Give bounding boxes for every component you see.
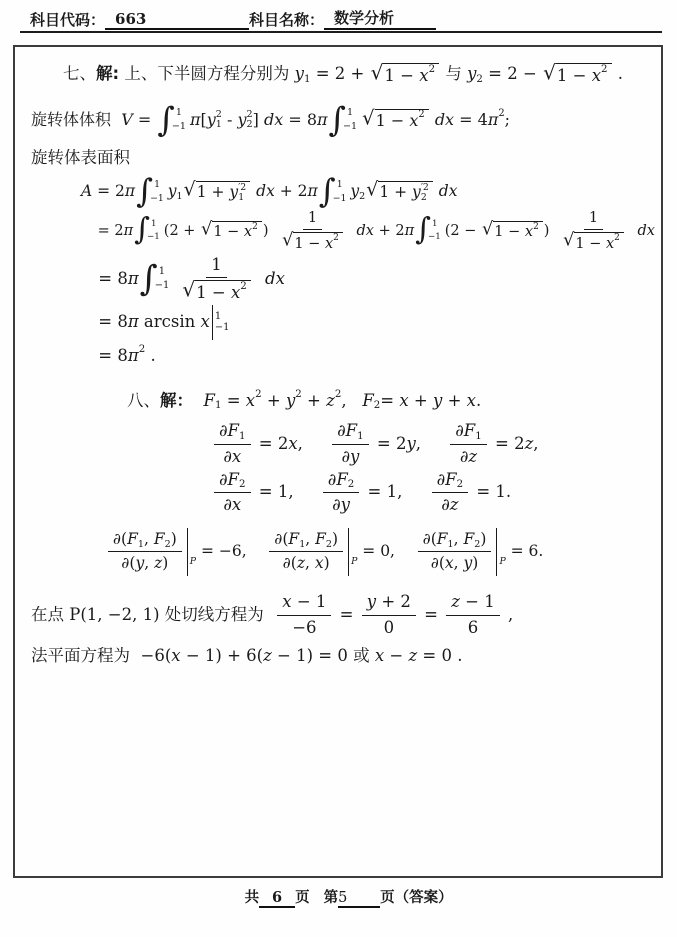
math-numerator: ∂(F1, F2) <box>108 530 182 552</box>
math-sqrt: √1 + y′22 <box>366 181 433 203</box>
header-rule <box>20 31 662 33</box>
math-text: − 1 <box>460 592 495 613</box>
math-superscript: 2 <box>252 222 258 233</box>
math-text: + <box>442 391 466 412</box>
math-text: 2 <box>533 222 539 232</box>
math-radicand: 1 − x2 <box>574 232 624 253</box>
math-text: ; <box>505 110 510 130</box>
math-numerator: ∂F2 <box>432 470 469 494</box>
math-text: , <box>503 605 514 626</box>
math-text: = 2 − <box>483 64 542 85</box>
math-var: z <box>525 434 534 455</box>
math-text: = 4 <box>454 110 488 130</box>
math-text: , <box>454 530 464 549</box>
math-text: 2 <box>295 389 302 400</box>
math-text: 0 <box>384 618 395 639</box>
math-text: = 0, <box>357 542 414 561</box>
math-var: ∂z <box>460 447 477 468</box>
math-denominator: 0 <box>379 616 400 639</box>
math-integral-limits: 1−1 <box>156 267 171 291</box>
math-text: = 8 <box>283 110 317 130</box>
math-numerator: y + 2 <box>362 592 416 616</box>
math-text: 1 + <box>197 183 230 202</box>
math-denominator: ∂z <box>455 445 482 468</box>
math-denominator: ∂x <box>218 493 246 516</box>
math-var: F <box>464 530 475 549</box>
math-superscript: 2 <box>498 108 504 120</box>
formula-line-9: 八、解： F1 = x2 + y2 + z2, F2= x + y + x. <box>29 391 651 412</box>
math-text: 2 <box>139 344 146 355</box>
math-text: 法平面方程为 <box>31 646 141 667</box>
answer-sheet-page: 科目代码：663科目名称：数学分析 七、解: 上、下半圆方程分别为 y1 = 2… <box>0 0 677 937</box>
math-text: = <box>221 391 245 412</box>
math-text: 1 <box>357 431 364 442</box>
math-text: = 2 <box>254 434 289 455</box>
math-subscript: 1 <box>239 431 246 444</box>
math-subsup: ′21 <box>238 183 246 203</box>
math-subsup: ′22 <box>421 183 429 203</box>
math-upper-limit: 1 <box>176 108 190 118</box>
math-var: x <box>171 646 180 667</box>
math-text: 在点 <box>31 605 69 626</box>
math-superscript: 2 <box>255 389 262 402</box>
math-var: dx <box>264 110 283 130</box>
math-var: ∂F <box>337 421 357 442</box>
math-fraction: ∂F1∂z <box>450 421 487 467</box>
math-var: y <box>406 434 415 455</box>
math-var: x <box>592 66 601 87</box>
math-fraction: ∂F1∂x <box>214 421 251 467</box>
math-text: + 2 <box>376 592 411 613</box>
formula-line-7: = 8π arcsin x1−1 <box>29 305 651 340</box>
math-fraction: ∂(F1, F2)∂(y, z) <box>108 530 182 574</box>
math-text: , <box>144 530 154 549</box>
math-text: − 1) = 0 <box>272 646 353 667</box>
math-text: 2 <box>421 192 427 203</box>
math-numerator: z − 1 <box>446 592 500 616</box>
math-var: ∂F <box>328 470 348 491</box>
math-subscript: 2 <box>474 539 480 551</box>
math-fraction: ∂F2∂z <box>432 470 469 516</box>
math-sqrt: √1 + y′21 <box>184 181 251 203</box>
math-text: − <box>384 646 408 667</box>
formula-line-8: = 8π2 . <box>29 346 651 367</box>
radical-icon: √ <box>282 233 293 250</box>
math-integral-limits: 1−1 <box>334 180 348 203</box>
math-fraction: 1√1 − x2 <box>276 209 349 253</box>
math-text: ] <box>253 110 264 130</box>
math-var: x <box>445 554 454 573</box>
math-var: x <box>467 391 476 412</box>
math-text: = 6. <box>506 542 544 561</box>
math-var: π <box>124 222 134 240</box>
formula-line-11: ∂F2∂x = 1, ∂F2∂y = 1, ∂F2∂z = 1. <box>29 470 651 516</box>
math-var: x <box>246 391 255 412</box>
math-upper-limit: 1 <box>347 108 361 118</box>
math-var: F <box>288 530 299 549</box>
math-text: , <box>305 554 315 573</box>
math-text: 1 − <box>213 223 244 241</box>
math-radicand: 1 − x2 <box>383 63 439 86</box>
math-subscript: 1 <box>177 191 183 203</box>
math-text: + <box>409 391 433 412</box>
math-numerator: ∂F2 <box>214 470 251 494</box>
subject-name-label: 科目名称： <box>249 9 324 30</box>
math-var: ∂ <box>423 530 431 549</box>
math-var: ∂x <box>223 447 241 468</box>
math-text: 2 <box>498 108 504 119</box>
math-denominator: √1 − x2 <box>276 230 349 253</box>
math-subscript: 1 <box>238 193 244 203</box>
math-eval-limits: 1−1 <box>213 312 230 333</box>
math-text: + <box>262 391 286 412</box>
math-subscript: 1 <box>357 431 364 444</box>
math-var: x <box>606 235 614 253</box>
math-var: z <box>154 554 162 573</box>
math-text: 1 − <box>376 111 410 131</box>
math-subscript: 2 <box>239 479 246 492</box>
math-subscript: 1 <box>475 431 482 444</box>
math-text: 1 <box>304 74 311 85</box>
math-text: ) <box>263 222 273 240</box>
math-text: − 1 <box>292 592 327 613</box>
math-fraction: x − 1−6 <box>277 592 331 638</box>
math-text: = 8 <box>93 346 128 367</box>
math-integral: ∫1−1 <box>157 106 187 134</box>
math-var: x <box>244 223 252 241</box>
math-superscript: 2 <box>429 64 436 77</box>
math-numerator: x − 1 <box>277 592 331 616</box>
math-text: ) <box>472 554 478 573</box>
math-var: x <box>325 235 333 253</box>
math-eval-bar: P <box>187 528 196 576</box>
math-var: ∂F <box>437 470 457 491</box>
math-var: y <box>229 183 238 202</box>
math-var: y <box>295 64 304 85</box>
math-lower-limit: −1 <box>428 233 441 242</box>
math-denominator: −6 <box>287 616 321 639</box>
math-text: + <box>302 391 326 412</box>
math-sqrt: √1 − x2 <box>282 232 343 253</box>
math-text: , <box>533 434 538 455</box>
math-subscript: 1 <box>299 539 305 551</box>
math-text: 2 <box>240 281 247 292</box>
math-denominator: √1 − x2 <box>557 230 630 253</box>
math-text: = <box>380 391 399 412</box>
math-text: 1 <box>211 255 222 276</box>
math-radicand: 1 − x2 <box>293 232 343 253</box>
formula-line-12: ∂(F1, F2)∂(y, z)P = −6, ∂(F1, F2)∂(z, x)… <box>29 528 651 576</box>
math-upper-limit: 1 <box>159 267 174 277</box>
math-fraction: z − 16 <box>446 592 500 638</box>
math-text: , <box>305 530 315 549</box>
math-text: 2 <box>165 539 171 550</box>
math-fraction: ∂(F1, F2)∂(x, y) <box>418 530 492 574</box>
math-var: z <box>326 391 335 412</box>
math-text: = 8 <box>93 312 128 333</box>
formula-line-6: = 8π∫1−11√1 − x2 dx <box>29 255 651 304</box>
math-eval-limits: P <box>497 537 505 567</box>
math-subscript: 2 <box>165 539 171 551</box>
math-var: y <box>412 183 421 202</box>
math-var: y <box>286 391 295 412</box>
math-text <box>193 391 204 412</box>
math-var: x <box>288 434 297 455</box>
math-var: z <box>451 592 460 613</box>
math-eval-bar: P <box>348 528 357 576</box>
math-subscript: 2 <box>476 74 483 87</box>
math-superscript: 2 <box>614 233 620 244</box>
math-radicand: 1 − x2 <box>212 221 262 242</box>
math-var: y <box>237 110 246 130</box>
math-radicand: 1 + y′22 <box>378 181 433 203</box>
math-text: 1 <box>475 431 482 442</box>
math-var: y <box>367 592 376 613</box>
math-text: = 2 <box>372 434 407 455</box>
math-text: = 8 <box>93 269 128 290</box>
total-pages-label: 共 <box>245 890 260 906</box>
math-radicand: 1 − x2 <box>195 280 251 303</box>
math-var: π <box>308 182 318 201</box>
math-text: −6( <box>141 646 172 667</box>
math-sqrt: √1 − x2 <box>371 63 439 86</box>
math-text: 1 <box>589 209 598 227</box>
math-text: , <box>416 434 447 455</box>
math-text: 2 <box>457 479 464 490</box>
math-text: 1 − <box>494 223 525 241</box>
math-superscript: 2 <box>139 344 146 357</box>
math-text: ) <box>480 530 486 549</box>
radical-icon: √ <box>366 181 378 199</box>
math-text: = 1. <box>471 482 511 503</box>
math-text: 2 <box>239 479 246 490</box>
current-page-label: 第 <box>324 890 339 906</box>
math-radicand: 1 + y′21 <box>196 181 251 203</box>
math-upper-limit: 1 <box>337 180 351 189</box>
math-superscript: 2 <box>333 233 339 244</box>
math-sqrt: √1 − x2 <box>482 221 543 242</box>
math-text: ) <box>544 222 554 240</box>
radical-icon: √ <box>362 109 374 128</box>
subject-code-value: 663 <box>105 10 249 30</box>
math-text: 1 <box>299 539 305 550</box>
math-text: 1 <box>308 209 317 227</box>
math-text: 2 <box>326 539 332 550</box>
math-denominator: 6 <box>463 616 484 639</box>
math-integral: ∫1−1 <box>136 178 165 205</box>
formula-line-3: 旋转体表面积 <box>29 148 651 169</box>
math-integral: ∫1−1 <box>134 218 161 243</box>
math-lower-limit: −1 <box>150 194 164 203</box>
math-var: z <box>408 646 417 667</box>
math-var: ∂F <box>219 470 239 491</box>
math-var: z <box>297 554 305 573</box>
math-text: . <box>145 346 156 367</box>
math-subscript: 2 <box>457 479 464 492</box>
math-integral: ∫1−1 <box>140 265 171 293</box>
answer-content-box: 七、解: 上、下半圆方程分别为 y1 = 2 + √1 − x2 与 y2 = … <box>13 45 663 878</box>
math-sqrt: √1 − x2 <box>201 221 262 242</box>
radical-icon: √ <box>563 233 574 250</box>
math-text: = 2 <box>490 434 525 455</box>
math-text: = 2 <box>93 222 124 240</box>
math-text: 与 <box>440 64 467 85</box>
math-integral-limits: 1−1 <box>148 220 161 241</box>
math-text: 上、下半圆方程分别为 <box>119 64 295 85</box>
math-integral-limits: 1−1 <box>151 180 165 203</box>
radical-icon: √ <box>184 181 196 199</box>
math-text: 2 <box>348 479 355 490</box>
math-text: 1 − <box>294 235 325 253</box>
current-page-value: 5 <box>338 890 380 908</box>
math-numerator: ∂F2 <box>323 470 360 494</box>
math-denominator: ∂y <box>327 493 355 516</box>
math-var: x <box>419 66 428 87</box>
math-fraction: 1√1 − x2 <box>176 255 256 304</box>
radical-icon: √ <box>543 64 556 83</box>
math-subscript: 1 <box>304 74 311 87</box>
math-var: A <box>81 182 92 201</box>
math-denominator: ∂(x, y) <box>426 552 484 573</box>
math-var: x <box>282 592 291 613</box>
math-integral-limits: 1−1 <box>429 220 442 241</box>
math-var: π <box>128 346 139 367</box>
math-text: = <box>419 605 443 626</box>
math-text: 1 − <box>575 235 606 253</box>
radical-icon: √ <box>201 221 212 238</box>
math-var: π <box>405 222 415 240</box>
math-radicand: 1 − x2 <box>556 63 612 86</box>
pages-unit-label: 页 <box>295 890 310 906</box>
math-var: ∂y <box>341 447 359 468</box>
math-integral: ∫1−1 <box>415 218 442 243</box>
math-subscript: 2 <box>359 191 365 203</box>
math-lower-limit: −1 <box>147 233 160 242</box>
math-text: 1 − <box>384 66 419 87</box>
math-var: y <box>433 391 442 412</box>
math-superscript: 2 <box>533 222 539 233</box>
page-header: 科目代码：663科目名称：数学分析 <box>30 7 667 30</box>
math-text: 旋转体表面积 <box>31 148 130 169</box>
math-text: 2 <box>476 74 483 85</box>
math-text: = <box>133 110 157 130</box>
math-var: dx <box>256 182 275 201</box>
math-var: dx <box>265 269 285 290</box>
formula-line-13: 在点 P(1, −2, 1) 处切线方程为 x − 1−6 = y + 20 =… <box>29 592 651 638</box>
math-text: 1 − <box>196 283 231 304</box>
math-superscript: 2 <box>335 389 342 402</box>
math-var: ∂z <box>441 495 458 516</box>
math-var: x <box>399 391 408 412</box>
math-subscript: 2 <box>374 400 381 413</box>
math-integral-limits: 1−1 <box>344 108 358 132</box>
math-text: 1 <box>238 192 244 203</box>
math-integral-limits: 1−1 <box>173 108 187 132</box>
math-var: ∂x <box>223 495 241 516</box>
math-text: = −6, <box>196 542 266 561</box>
math-var: x <box>525 223 533 241</box>
math-var: F <box>362 391 373 412</box>
math-text-bold: 解: <box>96 64 119 85</box>
math-subscript: 2 <box>421 193 427 203</box>
math-text-bold: 解： <box>160 391 193 412</box>
math-text: (2 − <box>445 222 481 240</box>
math-text: , <box>454 554 464 573</box>
math-var: y <box>350 182 359 201</box>
math-text: = 2 <box>92 182 125 201</box>
math-numerator: ∂(F1, F2) <box>269 530 343 552</box>
math-text: (2 + <box>164 222 200 240</box>
math-var: π <box>128 312 139 333</box>
math-var: π <box>125 182 135 201</box>
math-subscript: 1 <box>215 400 222 413</box>
math-var: x <box>201 312 210 333</box>
math-text: , <box>298 434 329 455</box>
math-text: 1 <box>239 431 246 442</box>
math-text: 2 <box>333 233 339 243</box>
math-text: 1 <box>177 191 183 202</box>
math-var: ∂F <box>455 421 475 442</box>
math-text: P(1, −2, 1) <box>69 605 159 626</box>
math-var: π <box>488 110 499 130</box>
math-text: + 2 <box>374 222 405 240</box>
math-superscript: 2 <box>295 389 302 402</box>
math-upper-limit: 1 <box>154 180 168 189</box>
math-text: = 1, <box>362 482 428 503</box>
math-var: π <box>128 269 139 290</box>
math-integral: ∫1−1 <box>329 106 359 134</box>
math-text: 或 <box>353 646 370 667</box>
math-text: 2 <box>601 64 608 75</box>
math-fraction: ∂F2∂y <box>323 470 360 516</box>
math-var: π <box>190 110 201 130</box>
math-text: ) <box>324 554 330 573</box>
math-sqrt: √1 − x2 <box>543 63 611 86</box>
math-fraction: ∂F2∂x <box>214 470 251 516</box>
math-var: y <box>467 64 476 85</box>
math-fraction: 1√1 − x2 <box>557 209 630 253</box>
math-fraction: ∂(F1, F2)∂(z, x) <box>269 530 343 574</box>
math-lower-limit: −1 <box>333 194 347 203</box>
math-text: = <box>334 605 358 626</box>
math-subscript: 2 <box>348 479 355 492</box>
radical-icon: √ <box>182 281 195 300</box>
formula-line-4: A = 2π∫1−1y1√1 + y′21 dx + 2π∫1−1y2√1 + … <box>29 178 651 205</box>
math-var: ∂ <box>113 530 121 549</box>
formula-line-10: ∂F1∂x = 2x, ∂F1∂y = 2y, ∂F1∂z = 2z, <box>29 421 651 467</box>
math-var: dx <box>439 182 458 201</box>
math-var: dx <box>637 222 654 240</box>
math-denominator: ∂(z, x) <box>278 552 335 573</box>
math-var: x <box>231 283 240 304</box>
math-denominator: √1 − x2 <box>176 278 256 303</box>
math-text: , <box>341 391 362 412</box>
math-var: y <box>207 110 216 130</box>
math-text: ) <box>162 554 168 573</box>
math-var: dx <box>357 222 374 240</box>
math-text: + 2 <box>275 182 308 201</box>
math-denominator: ∂z <box>436 493 463 516</box>
math-text: 6 <box>468 618 479 639</box>
formula-line-5: = 2π∫1−1(2 + √1 − x2) 1√1 − x2 dx + 2π∫1… <box>29 209 651 253</box>
math-text: ) <box>332 530 338 549</box>
math-var: F <box>204 391 215 412</box>
math-var: F <box>154 530 165 549</box>
math-numerator: ∂F1 <box>332 421 369 445</box>
math-var: F <box>437 530 448 549</box>
math-numerator: ∂(F1, F2) <box>418 530 492 552</box>
math-integral: ∫1−1 <box>319 178 348 205</box>
